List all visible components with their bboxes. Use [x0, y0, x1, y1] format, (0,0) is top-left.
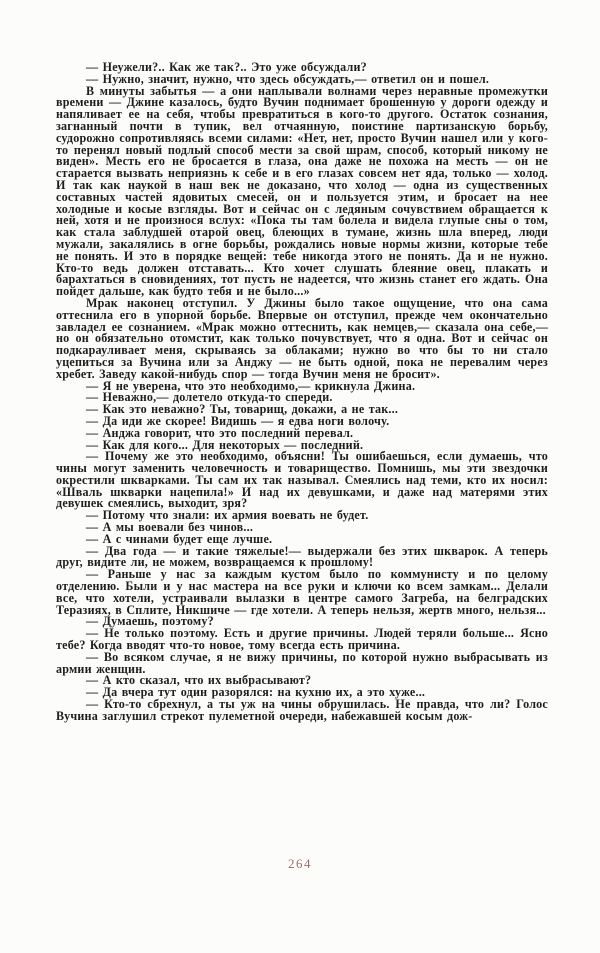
paragraph: — Кто-то сбрехнул, а ты уж на чины обруш…	[56, 699, 548, 723]
book-page: — Неужели?.. Как же так?.. Это уже обсуж…	[0, 0, 600, 953]
paragraph: — Во всяком случае, я не вижу причины, п…	[56, 652, 548, 676]
page-number: 264	[0, 856, 600, 872]
paragraph: Мрак наконец отступил. У Джины было тако…	[56, 298, 548, 381]
paragraph: — Не только поэтому. Есть и другие причи…	[56, 628, 548, 652]
paragraph: В минуты забытья — а они наплывали волна…	[56, 86, 548, 298]
text-block: — Неужели?.. Как же так?.. Это уже обсуж…	[56, 62, 548, 723]
paragraph: — Раньше у нас за каждым кустом было по …	[56, 569, 548, 616]
paragraph: — Почему же это необходимо, объясни! Ты …	[56, 451, 548, 510]
paragraph: — Два года — и такие тяжелые!— выдержали…	[56, 546, 548, 570]
